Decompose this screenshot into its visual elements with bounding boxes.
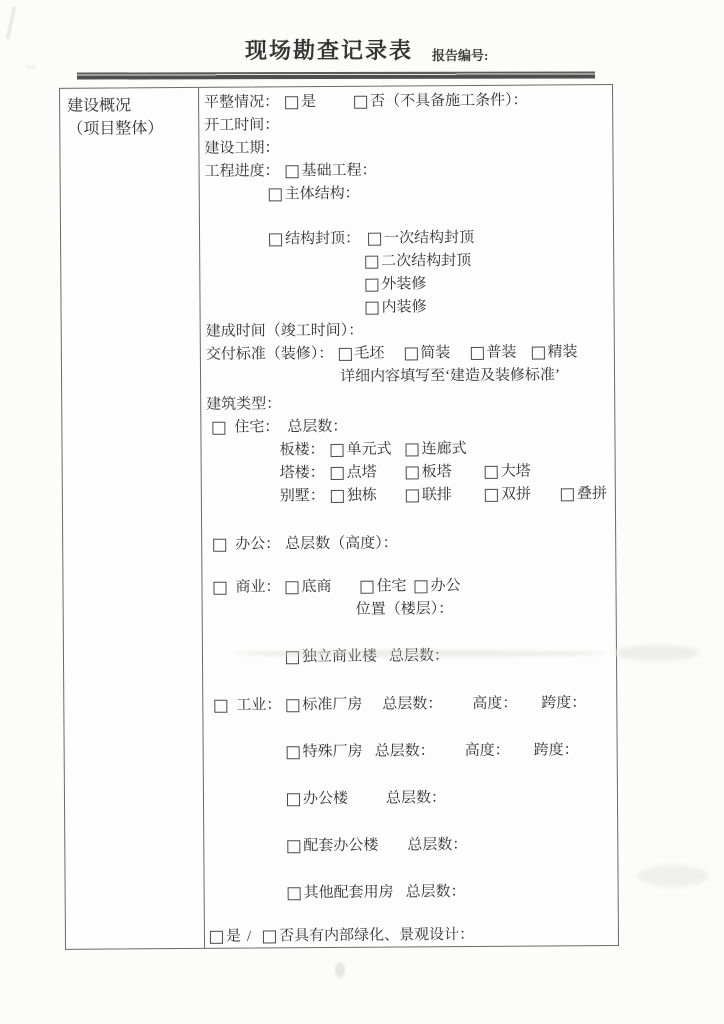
checkbox-tower-point[interactable]: [331, 467, 344, 480]
industrial-row: 工业： 标准厂房 总层数： 高度： 跨度：: [208, 692, 610, 718]
checkbox-residential[interactable]: [212, 422, 225, 435]
checkbox-progress-foundation[interactable]: [286, 165, 299, 178]
checkbox-delivery-fine[interactable]: [531, 346, 544, 359]
villa-townhouse-label: 联排: [422, 484, 452, 507]
header-rule: [77, 71, 595, 79]
building-type-label: 建筑类型：: [206, 393, 281, 417]
industrial-special-row: 特殊厂房 总层数： 高度： 跨度：: [209, 739, 611, 765]
progress-main-structure-label: 主体结构：: [285, 183, 360, 207]
checkbox-greening-yes[interactable]: [210, 931, 223, 944]
survey-form-table: 建设概况 （项目整体） 平整情况： 是 否（不具备施工条件）： 开工时间： 建设…: [59, 84, 619, 950]
checkbox-progress-main-structure[interactable]: [269, 188, 282, 201]
industrial-office-row: 办公楼 总层数：: [209, 786, 611, 812]
scanned-page: 现场勘查记录表 报告编号: 建设概况 （项目整体） 平整情况： 是 否（不具备施…: [0, 0, 724, 1024]
checkbox-industrial-standard[interactable]: [286, 699, 299, 712]
capping-exterior-label: 外装修: [381, 273, 426, 296]
capping-second-row: 二次结构封顶: [205, 249, 607, 275]
row-header-line1: 建设概况: [67, 94, 192, 118]
progress-label: 工程进度：: [205, 160, 280, 184]
checkbox-commercial-office[interactable]: [415, 580, 428, 593]
progress-row: 工程进度： 基础工程：: [205, 158, 607, 184]
industrial-support-floors-label: 总层数：: [407, 834, 467, 857]
office-row: 办公： 总层数（高度）：: [207, 531, 609, 557]
leveling-no-label: 否（不具备施工条件）：: [370, 90, 528, 114]
tower-point-label: 点塔: [347, 462, 377, 485]
villa-stacked-label: 叠拼: [577, 483, 607, 506]
commercial-residential-label: 住宅: [376, 575, 406, 598]
duration-label: 建设工期：: [204, 137, 279, 161]
greening-yes-label: 是: [226, 926, 241, 949]
greening-row: 是 / 否具有内部绿化、景观设计：: [210, 923, 612, 949]
form-content-cell: 平整情况： 是 否（不具备施工条件）： 开工时间： 建设工期： 工程进度： 基础…: [199, 85, 618, 948]
checkbox-industrial-office[interactable]: [287, 793, 300, 806]
office-label: 办公：: [235, 533, 280, 556]
greening-slash: /: [247, 926, 251, 949]
delivery-fine-label: 精装: [547, 341, 577, 364]
checkbox-commercial[interactable]: [213, 582, 226, 595]
industrial-office-label: 办公楼: [303, 788, 348, 811]
residential-row: 住宅： 总层数：: [206, 414, 608, 440]
industrial-standard-label: 标准厂房: [302, 694, 362, 717]
commercial-position-label: 位置（楼层）：: [356, 598, 454, 622]
checkbox-villa-detached[interactable]: [331, 490, 344, 503]
progress-main-structure-row: 主体结构：: [205, 181, 607, 207]
office-floors-label: 总层数（高度）：: [285, 533, 398, 557]
tower-slab-label: 板塔: [422, 461, 452, 484]
checkbox-slab-unit[interactable]: [331, 444, 344, 457]
checkbox-industrial-support-office[interactable]: [287, 840, 300, 853]
capping-second-label: 二次结构封顶: [381, 250, 471, 274]
leveling-label: 平整情况：: [204, 91, 279, 115]
row-header-line2: （项目整体）: [67, 117, 192, 141]
start-time-label: 开工时间：: [204, 114, 279, 138]
capping-label: 结构封顶：: [285, 228, 360, 252]
checkbox-leveling-no[interactable]: [354, 96, 367, 109]
scan-artifact: [615, 645, 700, 661]
checkbox-industrial-other[interactable]: [288, 887, 301, 900]
checkbox-capping-first[interactable]: [368, 233, 381, 246]
commercial-position-row: 位置（楼层）：: [208, 597, 610, 623]
progress-foundation-label: 基础工程：: [302, 160, 377, 184]
checkbox-capping[interactable]: [269, 233, 282, 246]
industrial-label: 工业：: [236, 694, 281, 717]
checkbox-industrial[interactable]: [214, 700, 227, 713]
slab-unit-label: 单元式: [346, 439, 391, 462]
row-header-cell: 建设概况 （项目整体）: [60, 88, 205, 949]
delivery-label: 交付标准（装修）：: [206, 343, 334, 367]
checkbox-slab-corridor[interactable]: [406, 443, 419, 456]
commercial-office-label: 办公: [430, 575, 460, 598]
duration-row: 建设工期：: [204, 135, 606, 161]
scan-artifact: [6, 6, 15, 40]
tower-label: 塔楼：: [280, 462, 325, 485]
checkbox-industrial-special[interactable]: [287, 746, 300, 759]
industrial-support-office-row: 配套办公楼 总层数：: [209, 833, 611, 859]
industrial-special-label: 特殊厂房: [303, 741, 363, 764]
delivery-row: 交付标准（装修）： 毛坯 简装 普装 精装: [206, 341, 608, 367]
delivery-simple-label: 简装: [420, 342, 450, 365]
checkbox-commercial-podium[interactable]: [285, 581, 298, 594]
checkbox-capping-second[interactable]: [365, 256, 378, 269]
delivery-standard-label: 普装: [486, 342, 516, 365]
capping-first-label: 一次结构封顶: [384, 227, 474, 251]
delivery-rough-label: 毛坯: [354, 343, 384, 366]
industrial-other-floors-label: 总层数：: [406, 881, 466, 904]
industrial-special-floors-label: 总层数：: [375, 740, 435, 763]
commercial-row: 商业： 底商 住宅 办公: [207, 574, 609, 600]
building-type-row: 建筑类型：: [206, 391, 608, 417]
industrial-standard-floors-label: 总层数：: [382, 693, 442, 716]
completion-label: 建成时间（竣工时间）：: [206, 320, 364, 344]
leveling-yes-label: 是: [301, 91, 316, 114]
page-number-mark: [335, 962, 345, 978]
checkbox-villa-duplex[interactable]: [485, 489, 498, 502]
residential-floors-label: 总层数：: [287, 416, 347, 439]
residential-villa-row: 别墅： 独栋 联排 双拼 叠拼: [207, 483, 609, 509]
checkbox-villa-stacked[interactable]: [561, 488, 574, 501]
checkbox-villa-townhouse[interactable]: [406, 489, 419, 502]
delivery-note-row: 详细内容填写至‘建造及装修标准’: [206, 364, 608, 390]
checkbox-capping-exterior[interactable]: [365, 279, 378, 292]
villa-detached-label: 独栋: [347, 485, 377, 508]
scan-artifact: [235, 650, 605, 657]
commercial-label: 商业：: [235, 576, 280, 599]
greening-no-label: 否具有内部绿化、景观设计：: [279, 924, 474, 948]
leveling-row: 平整情况： 是 否（不具备施工条件）：: [204, 89, 606, 115]
industrial-other-row: 其他配套用房 总层数：: [210, 880, 612, 906]
checkbox-capping-interior[interactable]: [366, 302, 379, 315]
start-time-row: 开工时间：: [204, 112, 606, 138]
report-number-label: 报告编号:: [432, 45, 488, 64]
slab-corridor-label: 连廊式: [422, 438, 467, 461]
tower-large-label: 大塔: [501, 461, 531, 484]
checkbox-tower-large[interactable]: [485, 466, 498, 479]
page-title: 现场勘查记录表: [245, 34, 413, 65]
scan-artifact: [638, 865, 708, 887]
scan-artifact: [26, 66, 36, 68]
capping-interior-label: 内装修: [381, 296, 426, 319]
residential-tower-row: 塔楼： 点塔 板塔 大塔: [207, 460, 609, 486]
industrial-special-height-label: 高度：: [465, 740, 510, 763]
industrial-standard-span-label: 跨度：: [541, 692, 586, 715]
villa-duplex-label: 双拼: [501, 484, 531, 507]
checkbox-delivery-standard[interactable]: [470, 347, 483, 360]
industrial-other-label: 其他配套用房: [304, 882, 394, 906]
industrial-special-span-label: 跨度：: [534, 739, 579, 762]
checkbox-office[interactable]: [213, 539, 226, 552]
capping-exterior-row: 外装修: [205, 272, 607, 298]
industrial-support-office-label: 配套办公楼: [303, 835, 378, 859]
industrial-office-floors-label: 总层数：: [386, 787, 446, 810]
checkbox-leveling-yes[interactable]: [285, 96, 298, 109]
residential-slab-row: 板楼： 单元式 连廊式: [206, 437, 608, 463]
checkbox-tower-slab[interactable]: [406, 466, 419, 479]
completion-row: 建成时间（竣工时间）：: [206, 318, 608, 344]
slab-label: 板楼：: [279, 439, 324, 462]
checkbox-commercial-residential[interactable]: [360, 581, 373, 594]
checkbox-delivery-simple[interactable]: [404, 347, 417, 360]
checkbox-delivery-rough[interactable]: [338, 348, 351, 361]
capping-interior-row: 内装修: [205, 295, 607, 321]
residential-label: 住宅：: [234, 416, 279, 439]
delivery-note: 详细内容填写至‘建造及装修标准’: [340, 364, 560, 389]
checkbox-greening-no[interactable]: [263, 930, 276, 943]
capping-row: 结构封顶： 一次结构封顶: [205, 226, 607, 252]
commercial-podium-label: 底商: [301, 576, 331, 599]
industrial-standard-height-label: 高度：: [472, 693, 517, 716]
villa-label: 别墅：: [280, 485, 325, 508]
